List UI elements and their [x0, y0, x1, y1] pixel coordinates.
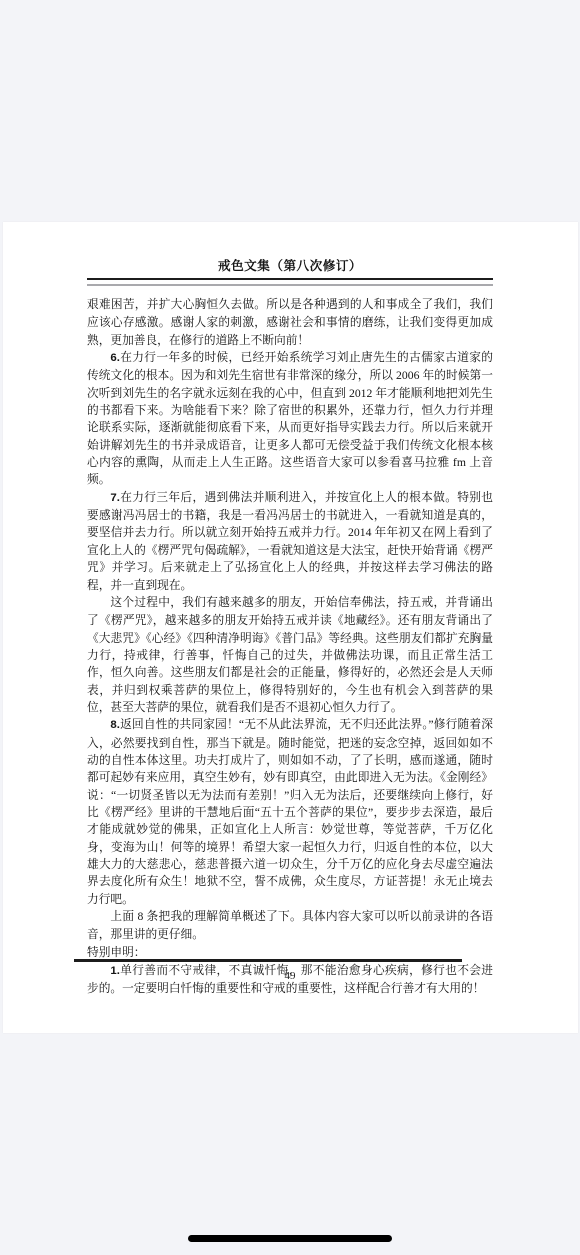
paragraph: 6.在力行一年多的时候，已经开始系统学习刘止唐先生的古儒家古道家的传统文化的根本… [87, 349, 493, 489]
header-rule-top [87, 278, 493, 280]
paragraph: 这个过程中，我们有越来越多的朋友，开始信奉佛法，持五戒，并背诵出了《楞严咒》，越… [87, 594, 493, 716]
paragraph: 7.在力行三年后，遇到佛法并顺利进入，并按宣化上人的根本做。特别也要感谢冯冯居士… [87, 489, 493, 594]
home-indicator-bar[interactable] [188, 1235, 392, 1242]
paragraph-text: 上面 8 条把我的理解简单概述了下。具体内容大家可以听以前录讲的各语音，那里讲的… [87, 910, 493, 941]
document-body: 艰难困苦，并扩大心胸恒久去做。所以是各种遇到的人和事成全了我们，我们应该心存感激… [87, 296, 493, 998]
paragraph-text: 艰难困苦，并扩大心胸恒久去做。所以是各种遇到的人和事成全了我们，我们应该心存感激… [87, 298, 493, 347]
footer-rule [74, 959, 462, 962]
paragraph-number: 8. [110, 719, 120, 731]
paragraph: 上面 8 条把我的理解简单概述了下。具体内容大家可以听以前录讲的各语音，那里讲的… [87, 908, 493, 944]
paragraph-number: 6. [110, 352, 120, 364]
paragraph: 8.返回自性的共同家园！“无不从此法界流，无不归还此法界。”修行随着深入，必然要… [87, 716, 493, 908]
document-page[interactable]: 戒色文集（第八次修订） 艰难困苦，并扩大心胸恒久去做。所以是各种遇到的人和事成全… [3, 222, 578, 1033]
page-number: 49 [87, 970, 493, 982]
paragraph: 艰难困苦，并扩大心胸恒久去做。所以是各种遇到的人和事成全了我们，我们应该心存感激… [87, 296, 493, 349]
paragraph-text: 在力行三年后，遇到佛法并顺利进入，并按宣化上人的根本做。特别也要感谢冯冯居士的书… [87, 491, 493, 592]
paragraph-text: 这个过程中，我们有越来越多的朋友，开始信奉佛法，持五戒，并背诵出了《楞严咒》，越… [87, 596, 493, 714]
paragraph-number: 7. [110, 492, 120, 504]
paragraph-text: 返回自性的共同家园！“无不从此法界流，无不归还此法界。”修行随着深入，必然要找到… [87, 718, 493, 905]
document-header-title: 戒色文集（第八次修订） [87, 258, 493, 274]
pdf-viewer: 戒色文集（第八次修订） 艰难困苦，并扩大心胸恒久去做。所以是各种遇到的人和事成全… [0, 0, 580, 1255]
paragraph-text: 在力行一年多的时候，已经开始系统学习刘止唐先生的古儒家古道家的传统文化的根本。因… [87, 351, 493, 486]
page-content: 戒色文集（第八次修订） 艰难困苦，并扩大心胸恒久去做。所以是各种遇到的人和事成全… [87, 258, 493, 998]
paragraph-text: 特别申明： [87, 946, 145, 959]
header-rule-bottom [87, 284, 493, 286]
